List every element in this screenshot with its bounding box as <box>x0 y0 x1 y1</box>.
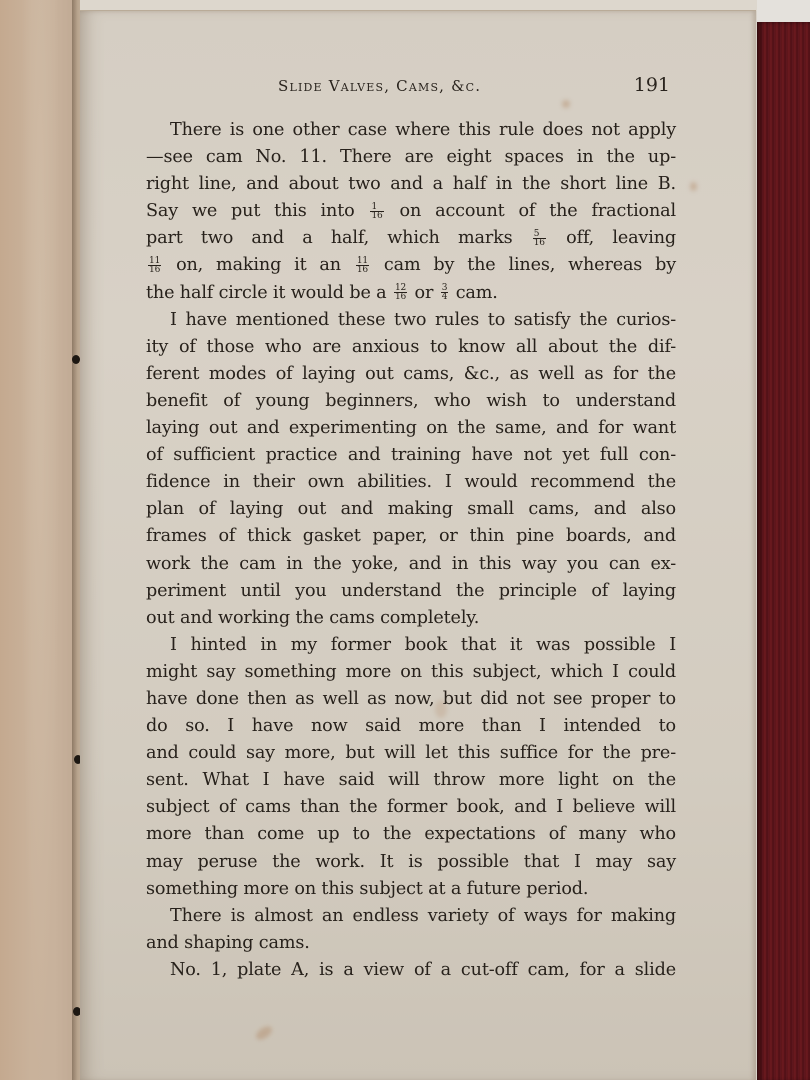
text-line: plan of laying out and making small cams… <box>146 496 676 523</box>
fraction: 516 <box>533 230 546 247</box>
text-line: I hinted in my former book that it was p… <box>146 632 676 659</box>
running-head-title: Slide Valves, Cams, &c. <box>278 77 481 95</box>
text-line: ferent modes of laying out cams, &c., as… <box>146 361 676 388</box>
text-line: Say we put this into 116 on account of t… <box>146 198 676 225</box>
fraction: 34 <box>441 284 449 301</box>
text-line: part two and a half, which marks 516 off… <box>146 225 676 252</box>
text-line: might say something more on this subject… <box>146 659 676 686</box>
fraction: 1216 <box>394 284 407 301</box>
background-surface <box>757 0 810 22</box>
text-line: laying out and experimenting on the same… <box>146 415 676 442</box>
text-line: do so. I have now said more than I inten… <box>146 713 676 740</box>
text-line: have done then as well as now, but did n… <box>146 686 676 713</box>
text-line: frames of thick gasket paper, or thin pi… <box>146 523 676 550</box>
fraction: 116 <box>370 203 383 220</box>
fraction: 1116 <box>356 257 369 274</box>
text-line: There is almost an endless variety of wa… <box>146 903 676 930</box>
binding-stitch-hole <box>72 355 80 364</box>
text-line: periment until you understand the princi… <box>146 578 676 605</box>
text-line: of sufficient practice and training have… <box>146 442 676 469</box>
text-line: —see cam No. 11. There are eight spaces … <box>146 144 676 171</box>
text-line: subject of cams than the former book, an… <box>146 794 676 821</box>
text-line: There is one other case where this rule … <box>146 117 676 144</box>
body-text: There is one other case where this rule … <box>146 117 676 984</box>
text-line: fidence in their own abilities. I would … <box>146 469 676 496</box>
text-line: may peruse the work. It is possible that… <box>146 849 676 876</box>
text-line: I have mentioned these two rules to sati… <box>146 307 676 334</box>
book-photo: Slide Valves, Cams, &c. 191 There is one… <box>0 0 810 1080</box>
text-line: and could say more, but will let this su… <box>146 740 676 767</box>
text-line: 1116 on, making it an 1116 cam by the li… <box>146 252 676 279</box>
page-number: 191 <box>634 74 670 96</box>
text-line: work the cam in the yoke, and in this wa… <box>146 551 676 578</box>
text-line: sent. What I have said will throw more l… <box>146 767 676 794</box>
text-line: right line, and about two and a half in … <box>146 171 676 198</box>
text-line: the half circle it would be a 1216 or 34… <box>146 280 676 307</box>
running-head: Slide Valves, Cams, &c. 191 <box>140 72 680 102</box>
paper-stain <box>690 182 697 191</box>
text-line: No. 1, plate A, is a view of a cut-off c… <box>146 957 676 984</box>
text-line: out and working the cams completely. <box>146 605 676 632</box>
text-line: ity of those who are anxious to know all… <box>146 334 676 361</box>
previous-page-edge <box>0 0 78 1080</box>
text-line: something more on this subject at a futu… <box>146 876 676 903</box>
fraction: 1116 <box>148 257 161 274</box>
text-line: benefit of young beginners, who wish to … <box>146 388 676 415</box>
text-line: and shaping cams. <box>146 930 676 957</box>
text-line: more than come up to the expectations of… <box>146 821 676 848</box>
book-cover-edge <box>757 22 810 1080</box>
